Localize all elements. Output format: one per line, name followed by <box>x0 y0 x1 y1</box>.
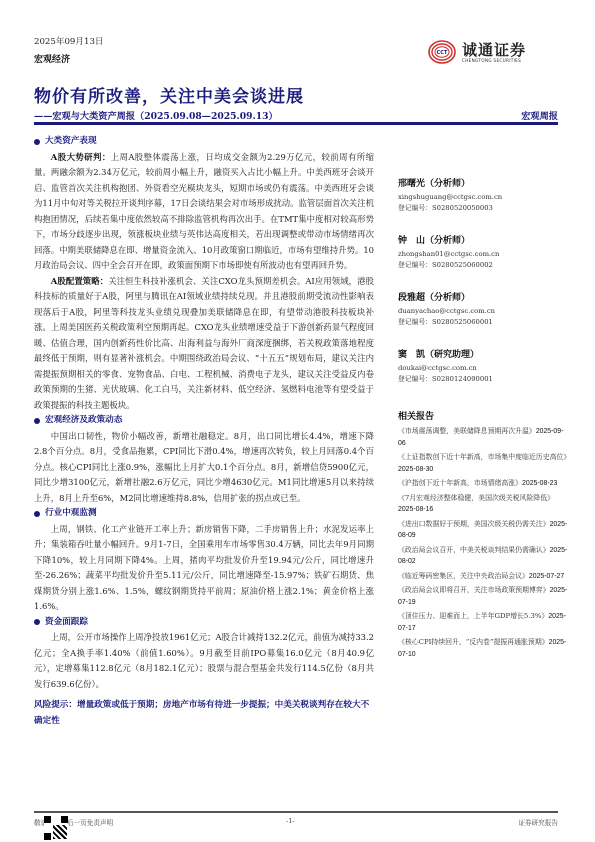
related-report[interactable]: 《临近筹码密集区，关注中央政治局会议》2025-07-27 <box>398 571 568 583</box>
related-report[interactable]: 《上证指数创下近十年新高，市场集中度临近历史高位》2025-08-30 <box>398 452 568 475</box>
main-content: 大类资产表现 A股大势研判：上周A股整体震荡上涨，日均成交金额为2.29万亿元，… <box>34 134 374 729</box>
paragraph: 中国出口韧性，物价小幅改善，新增社融稳定。8月，出口同比增长4.4%，增速下降2… <box>34 429 374 507</box>
risk-warning: 风险提示：增量政策或低于预期；房地产市场有待进一步提振；中美关税谈判存在较大不确… <box>34 698 374 729</box>
analyst-name: 邢曙光（分析师） <box>398 176 568 189</box>
analyst-name: 钟 山（分析师） <box>398 233 568 246</box>
page-number: -1- <box>286 817 295 825</box>
bullet-icon <box>34 418 40 424</box>
logo-text-cn: 诚通证券 <box>462 42 526 58</box>
analyst-registration: 登记编号：S0280520050003 <box>398 203 568 214</box>
bullet-icon <box>34 511 40 517</box>
related-report[interactable]: 《沪指创下近十年新高，市场情绪高涨》2025-08-23 <box>398 478 568 490</box>
related-report[interactable]: 《政治局会议召开，中美关税谈判结果仍需确认》2025-08-02 <box>398 545 568 568</box>
logo-mark-icon: CCT <box>428 40 456 64</box>
analyst-email[interactable]: doukai@cctgsc.com.cn <box>398 363 568 374</box>
footer-report-label: 证券研究报告 <box>518 817 558 827</box>
sidebar: 邢曙光（分析师） xingshuguang@cctgsc.com.cn 登记编号… <box>398 176 568 663</box>
analyst-name: 段雅超（分析师） <box>398 290 568 303</box>
page-title: 物价有所改善，关注中美会谈进展 <box>34 82 304 107</box>
bullet-icon <box>34 139 40 145</box>
analyst-card: 段雅超（分析师） duanyachao@cctgsc.com.cn 登记编号：S… <box>398 290 568 328</box>
paragraph: 上周，钢铁、化工产业链开工率上升；新房销售下降，二手房销售上升；水泥发运率上升；… <box>34 522 374 615</box>
header-divider <box>34 122 558 125</box>
paragraph-lead: A股大势研判： <box>51 152 111 162</box>
report-date: 2025年09月13日 <box>34 35 104 47</box>
analyst-card: 邢曙光（分析师） xingshuguang@cctgsc.com.cn 登记编号… <box>398 176 568 214</box>
section-asset-performance: 大类资产表现 A股大势研判：上周A股整体震荡上涨，日均成交金额为2.29万亿元，… <box>34 134 374 413</box>
related-report[interactable]: 《市场震荡调整，美联储降息预期再次升温》2025-09-06 <box>398 426 568 449</box>
paragraph-text: 中国出口韧性，物价小幅改善，新增社融稳定。8月，出口同比增长4.4%，增速下降2… <box>34 431 374 503</box>
section-industry-monitor: 行业中观监测 上周，钢铁、化工产业链开工率上升；新房销售下降，二手房销售上升；水… <box>34 506 374 615</box>
analyst-email[interactable]: duanyachao@cctgsc.com.cn <box>398 306 568 317</box>
section-liquidity: 资金面跟踪 上周，公开市场操作上周净投放1961亿元；A股合计减持132.2亿元… <box>34 615 374 693</box>
analyst-registration: 登记编号：S0280525060001 <box>398 317 568 328</box>
svg-text:CCT: CCT <box>437 50 448 56</box>
paragraph-text: 上周，钢铁、化工产业链开工率上升；新房销售下降，二手房销售上升；水泥发运率上升；… <box>34 524 374 612</box>
paragraph: A股大势研判：上周A股整体震荡上涨，日均成交金额为2.29万亿元，较前周有所缩量… <box>34 150 374 274</box>
section-macro-policy: 宏观经济及政策动态 中国出口韧性，物价小幅改善，新增社融稳定。8月，出口同比增长… <box>34 413 374 506</box>
analyst-name: 窦 凯（研究助理） <box>398 347 568 360</box>
paragraph-lead: A股配置策略： <box>51 276 108 286</box>
section-title: 资金面跟踪 <box>34 615 374 631</box>
related-report[interactable]: 《政治局会议即将召开，关注市场政策预期博弈》2025-07-19 <box>398 585 568 608</box>
paragraph: A股配置策略：关注恒生科技补涨机会、关注CXO龙头预期差机会。AI应用领域，港股… <box>34 274 374 414</box>
analyst-email[interactable]: xingshuguang@cctgsc.com.cn <box>398 192 568 203</box>
related-report[interactable]: 《进出口数据好于预期，美国次级关税仍需关注》2025-08-09 <box>398 519 568 542</box>
analyst-card: 窦 凯（研究助理） doukai@cctgsc.com.cn 登记编号：S028… <box>398 347 568 385</box>
company-logo: CCT 诚通证券 CHENGTONG SECURITIES <box>428 36 538 68</box>
paragraph-text: 上周A股整体震荡上涨，日均成交金额为2.29万亿元，较前周有所缩量。两融余额为2… <box>34 152 374 271</box>
related-reports-title: 相关报告 <box>398 409 568 422</box>
section-title: 行业中观监测 <box>34 506 374 522</box>
paragraph-text: 关注恒生科技补涨机会、关注CXO龙头预期差机会。AI应用领域，港股科技标的质量好… <box>34 276 374 410</box>
related-report[interactable]: 《核心CPI持续回升，“反内卷”提振再通胀预期》2025-07-10 <box>398 637 568 660</box>
analyst-registration: 登记编号：S0280124090001 <box>398 374 568 385</box>
related-report[interactable]: 《7月宏观经济整体稳健，美国次级关税风险降低》2025-08-16 <box>398 493 568 516</box>
analyst-email[interactable]: zhongshan01@cctgsc.com.cn <box>398 249 568 260</box>
logo-text-en: CHENGTONG SECURITIES <box>462 58 526 63</box>
section-title: 宏观经济及政策动态 <box>34 413 374 429</box>
footer-divider <box>34 811 558 813</box>
qr-code-icon <box>44 816 68 840</box>
report-category: 宏观经济 <box>34 52 70 65</box>
report-type-label: 宏观周报 <box>521 108 558 122</box>
analyst-registration: 登记编号：S0280525060002 <box>398 260 568 271</box>
paragraph-text: 上周，公开市场操作上周净投放1961亿元；A股合计减持132.2亿元，前值为减持… <box>34 632 374 689</box>
related-report[interactable]: 《顶住压力、迎难而上，上半年GDP增长5.3%》2025-07-17 <box>398 611 568 634</box>
paragraph: 上周，公开市场操作上周净投放1961亿元；A股合计减持132.2亿元，前值为减持… <box>34 630 374 692</box>
page-subtitle: ——宏观与大类资产周报（2025.09.08—2025.09.13） <box>34 108 278 122</box>
section-title: 大类资产表现 <box>34 134 374 150</box>
bullet-icon <box>34 619 40 625</box>
analyst-card: 钟 山（分析师） zhongshan01@cctgsc.com.cn 登记编号：… <box>398 233 568 271</box>
